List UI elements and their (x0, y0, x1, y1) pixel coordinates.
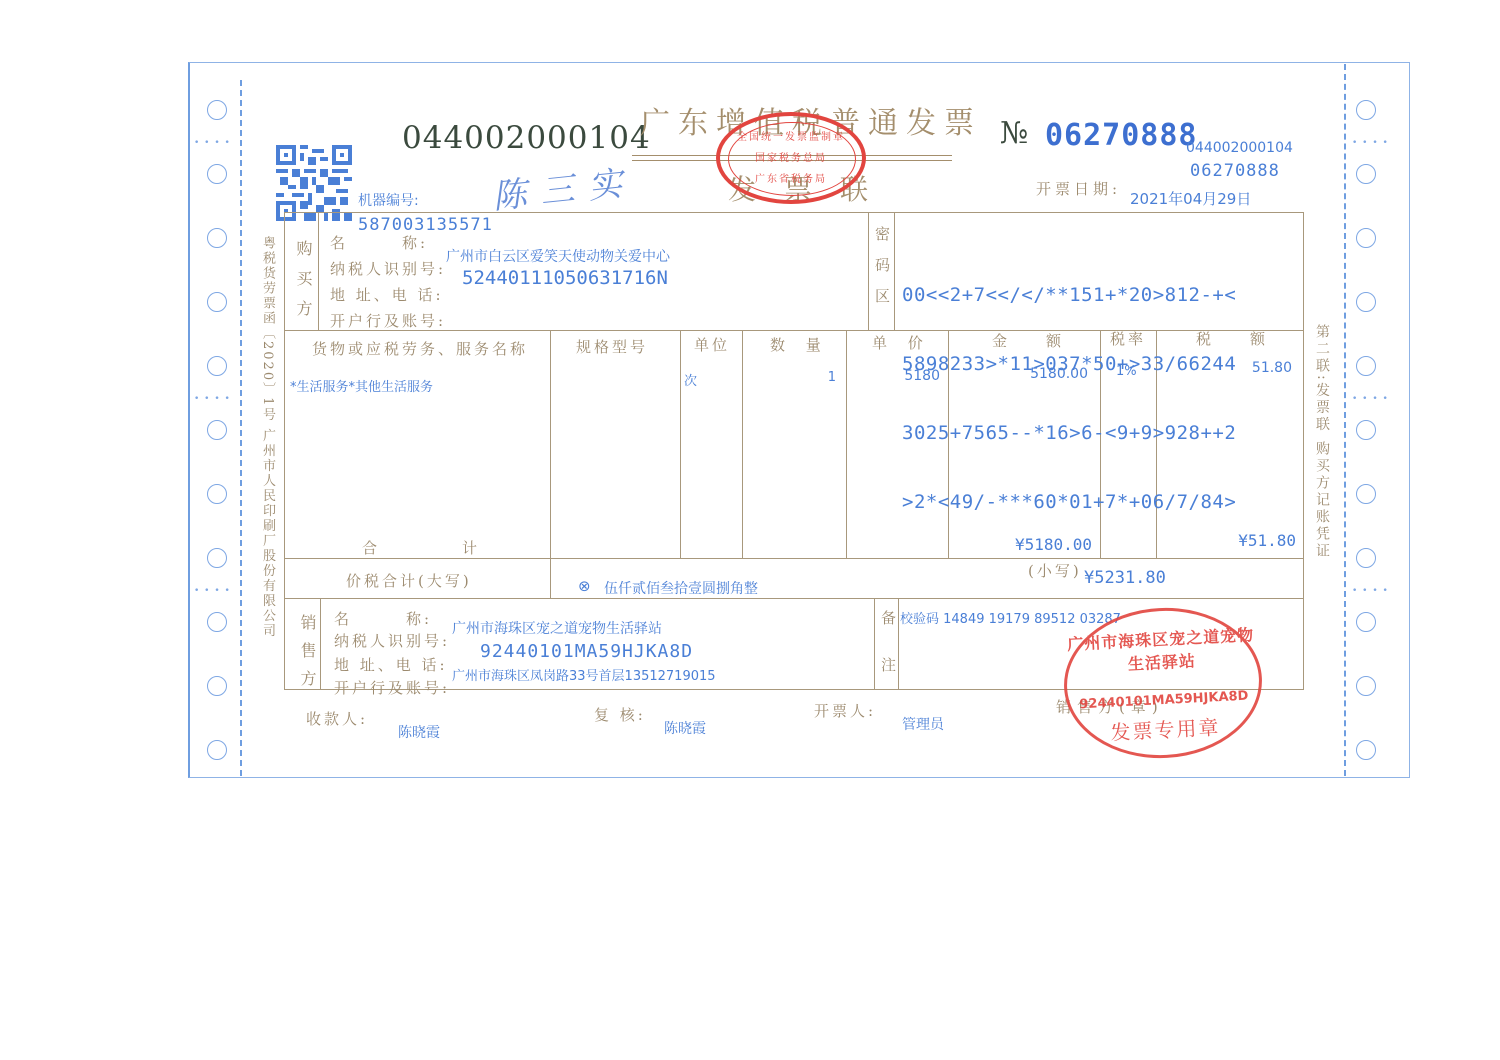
feed-hole (207, 612, 227, 632)
invoice-code-printed: 044002000104 (402, 120, 651, 156)
header-unit: 单位 (694, 334, 730, 355)
date-label: 开票日期: (1036, 178, 1121, 199)
issue-date: 2021年04月29日 (1130, 188, 1251, 209)
seller-name: 广州市海珠区宠之道宠物生活驿站 (452, 618, 662, 638)
feed-hole (1356, 740, 1376, 760)
seller-name-label: 名 称: (334, 608, 432, 629)
total-tax: ¥51.80 (1170, 531, 1296, 550)
item-unit-price: 5180 (860, 368, 940, 384)
seller-address-label: 地 址、电 话: (334, 654, 448, 675)
header-tax-rate: 税率 (1110, 328, 1146, 349)
cipher-line: 3025+7565--*16>6-<9+9>928++2 (902, 422, 1236, 445)
feed-mark: • • • • (194, 586, 231, 596)
feed-hole (1356, 612, 1376, 632)
cipher-line: 00<<2+7<</</**151+*20>812-+< (902, 284, 1236, 307)
seal-id-text: 92440101MA59HJKA8D (1068, 688, 1261, 713)
item-name: *生活服务*其他生活服务 (290, 376, 433, 395)
seller-address: 广州市海珠区凤岗路33号首层13512719015 (452, 665, 716, 684)
seller-taxid: 92440101MA59HJKA8D (480, 641, 693, 662)
feed-hole (1356, 548, 1376, 568)
feed-mark: • • • • (194, 394, 231, 404)
feed-hole (207, 356, 227, 376)
verification-code: 校验码 14849 19179 89512 03287 (900, 608, 1121, 627)
grand-total-value: ¥5231.80 (1084, 568, 1166, 588)
number-sign: № (1000, 116, 1028, 151)
reviewer-name: 陈晓霞 (664, 718, 706, 738)
buyer-taxid: 5244011105063171​6N (462, 267, 668, 289)
feed-hole (1356, 676, 1376, 696)
feed-hole (207, 292, 227, 312)
buyer-name-label: 名 称: (330, 232, 428, 253)
header-tax-amount: 税 额 (1196, 328, 1268, 349)
feed-hole (207, 548, 227, 568)
buyer-section-label: 购买方 (292, 240, 315, 330)
printed-invoice-code: 044002000104 (1186, 140, 1293, 156)
feed-mark: • • • • (1352, 586, 1389, 596)
payee-name: 陈晓霞 (398, 722, 440, 742)
feed-hole (207, 228, 227, 248)
feed-hole (1356, 484, 1376, 504)
grand-total-small-label: (小写) (1028, 560, 1082, 581)
invoice-number: 06270888 (1045, 118, 1198, 153)
feed-hole (207, 164, 227, 184)
feed-hole (1356, 228, 1376, 248)
cipher-area-label: 密码区 (872, 226, 893, 319)
printed-invoice-number: 06270888 (1190, 161, 1280, 181)
payee-label: 收款人: (306, 708, 368, 729)
cipher-line: >2*<49/-***60*01+7*+06/7/84> (902, 491, 1236, 514)
item-quantity: 1 (760, 370, 836, 385)
remarks-label: 备注 (878, 610, 899, 704)
grand-total-label: 价税合计(大写) (346, 570, 472, 591)
left-perforation (240, 80, 242, 776)
issuer-label: 开票人: (814, 700, 876, 721)
header-unit-price: 单 价 (872, 332, 931, 353)
tax-bureau-seal: 全国统一发票监制章 国家税务总局 广东省税务局 (716, 112, 866, 204)
buyer-taxid-label: 纳税人识别号: (330, 258, 446, 279)
buyer-name: 广州市白云区爱笑天使动物关爱中心 (446, 246, 670, 266)
cipher-text: 00<<2+7<</</**151+*20>812-+< 5898233>*11… (902, 238, 1236, 537)
seller-taxid-label: 纳税人识别号: (334, 630, 450, 651)
copy-designation: 第二联:发票联 购买方记账凭证 (1312, 324, 1332, 584)
item-tax-amount: 51.80 (1170, 360, 1292, 376)
feed-hole (207, 420, 227, 440)
item-tax-rate: 1% (1116, 364, 1137, 379)
seller-bank-label: 开户行及账号: (334, 677, 450, 698)
feed-hole (207, 484, 227, 504)
qr-code (276, 144, 352, 222)
header-item-name: 货物或应税劳务、服务名称 (312, 338, 528, 359)
header-amount: 金 额 (992, 330, 1064, 351)
feed-hole (1356, 356, 1376, 376)
feed-hole (1356, 292, 1376, 312)
item-unit: 次 (684, 370, 697, 389)
cross-circle-icon: ⊗ (578, 577, 591, 595)
feed-hole (1356, 164, 1376, 184)
feed-hole (1356, 420, 1376, 440)
feed-hole (207, 740, 227, 760)
feed-hole (1356, 100, 1376, 120)
machine-number-label: 机器编号: (358, 190, 419, 210)
header-spec: 规格型号 (576, 336, 648, 357)
item-amount: 5180.00 (960, 366, 1088, 382)
printer-info: 粤税货劳票函〔2020〕1号 广州市人民印刷厂股份有限公司 (258, 236, 277, 706)
right-perforation (1344, 64, 1346, 776)
grand-total-uppercase: 伍仟贰佰叁拾壹圆捌角整 (604, 578, 758, 598)
feed-mark: • • • • (194, 138, 231, 148)
total-label: 合 计 (362, 537, 487, 558)
buyer-bank-label: 开户行及账号: (330, 310, 446, 331)
feed-hole (207, 100, 227, 120)
total-amount: ¥5180.00 (980, 535, 1092, 554)
buyer-address-label: 地 址、电 话: (330, 284, 444, 305)
seal-arc-text: 广州市海珠区宠之道宠物生活驿站 (1064, 622, 1258, 678)
feed-mark: • • • • (1352, 138, 1389, 148)
reviewer-label: 复 核: (594, 704, 646, 725)
feed-hole (207, 676, 227, 696)
feed-mark: • • • • (1352, 394, 1389, 404)
header-quantity: 数 量 (770, 334, 829, 355)
issuer-name: 管理员 (902, 714, 944, 734)
seller-section-label: 销售方 (296, 614, 319, 698)
